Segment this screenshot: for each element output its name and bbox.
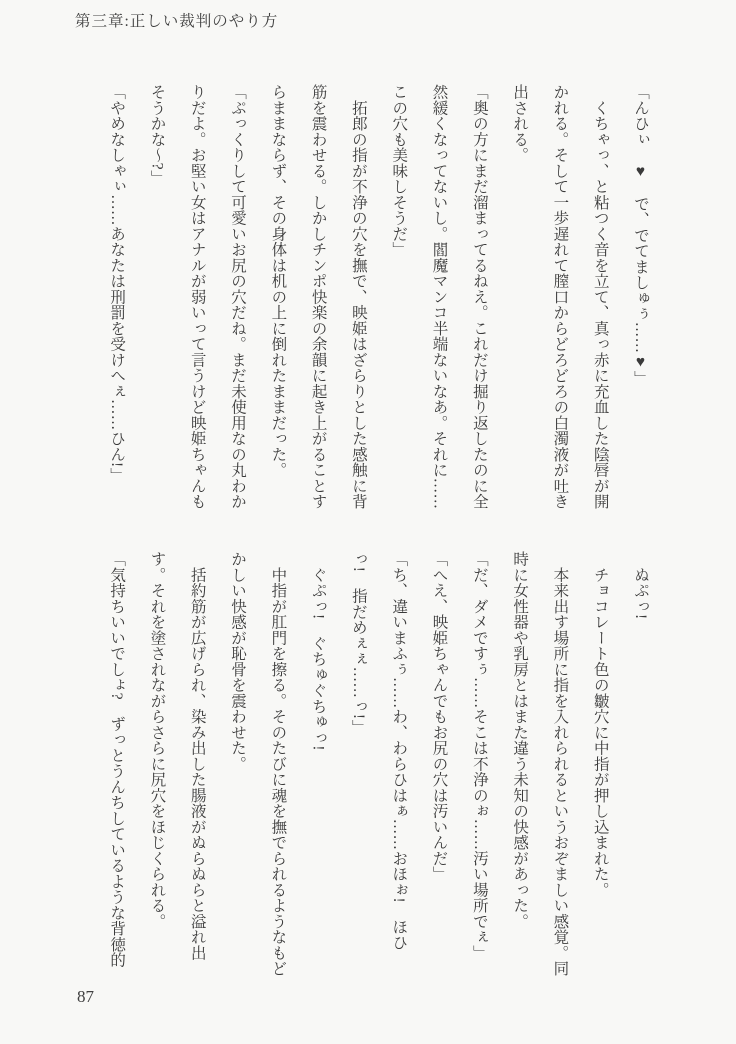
text-column: 「へえ、映姫ちゃんでもお尻の穴は汚いんだ」 <box>418 551 458 979</box>
text-column: 「奥の方にまだ溜まってるねえ。これだけ掘り返したのに全 <box>459 84 499 512</box>
text-column: 「気持ちいいでしょ? ずっとうんちしているような背徳的 <box>96 551 136 979</box>
text-column: 筋を震わせる。しかしチンポ快楽の余韻に起き上がることす <box>297 84 337 512</box>
text-block-lower: ぬぷっ! チョコレート色の皺穴に中指が押し込まれた。 本来出す場所に指を入れられ… <box>96 551 660 979</box>
text-column: 括約筋が広げられ、染み出した腸液がぬらぬらと溢れ出 <box>176 551 216 979</box>
text-column: 「やめなしゃぃ……あなたは刑罰を受けへぇ……ひん!」 <box>96 84 136 512</box>
text-column: この穴も美味しそうだ」 <box>378 84 418 512</box>
text-column: 「ち、違いまふぅ……わ、わらひはぁ……おほぉ! ほひ <box>378 551 418 979</box>
page-number: 87 <box>77 987 94 1007</box>
text-column: かしい快感が恥骨を震わせた。 <box>217 551 257 979</box>
text-block-upper: 「んひぃ ♥ で、でてましゅぅ……♥」 くちゃっ、と粘つく音を立て、真っ赤に充血… <box>96 84 660 512</box>
text-column: くちゃっ、と粘つく音を立て、真っ赤に充血した陰唇が開 <box>579 84 619 512</box>
text-column: チョコレート色の皺穴に中指が押し込まれた。 <box>579 551 619 979</box>
chapter-header: 第三章:正しい裁判のやり方 <box>75 9 278 31</box>
text-column: 「ぷっくりして可愛いお尻の穴だね。まだ未使用なの丸わか <box>217 84 257 512</box>
text-column: 時に女性器や乳房とはまた違う未知の快感があった。 <box>499 551 539 979</box>
text-column: ぐぷっ! ぐちゅぐちゅっ! <box>297 551 337 979</box>
text-column: りだよ。お堅い女はアナルが弱いって言うけど映姫ちゃんも <box>176 84 216 512</box>
text-column: 「だ、ダメですぅ……そこは不浄のぉ……汚い場所でぇ」 <box>459 551 499 979</box>
text-column: 拓郎の指が不浄の穴を撫で、映姫はざらりとした感触に背 <box>338 84 378 512</box>
text-column: ぬぷっ! <box>620 551 660 979</box>
text-column: 「んひぃ ♥ で、でてましゅぅ……♥」 <box>620 84 660 512</box>
text-column: そうかな〜?」 <box>136 84 176 512</box>
text-column: 出される。 <box>499 84 539 512</box>
text-column: っ! 指だめぇぇ……っ!」 <box>338 551 378 979</box>
text-column: らままならず、その身体は机の上に倒れたままだった。 <box>257 84 297 512</box>
scanned-book-page: 第三章:正しい裁判のやり方 「んひぃ ♥ で、でてましゅぅ……♥」 くちゃっ、と… <box>0 0 736 1044</box>
text-column: 本来出す場所に指を入れられるというおぞましい感覚。同 <box>539 551 579 979</box>
text-column: 中指が肛門を擦る。そのたびに魂を撫でられるようなもど <box>257 551 297 979</box>
text-column: す。それを塗されながらさらに尻穴をほじくられる。 <box>136 551 176 979</box>
text-column: かれる。そして一歩遅れて膣口からどろどろの白濁液が吐き <box>539 84 579 512</box>
text-column: 然緩くなってないし。閻魔マンコ半端ないなあ。それに…… <box>418 84 458 512</box>
